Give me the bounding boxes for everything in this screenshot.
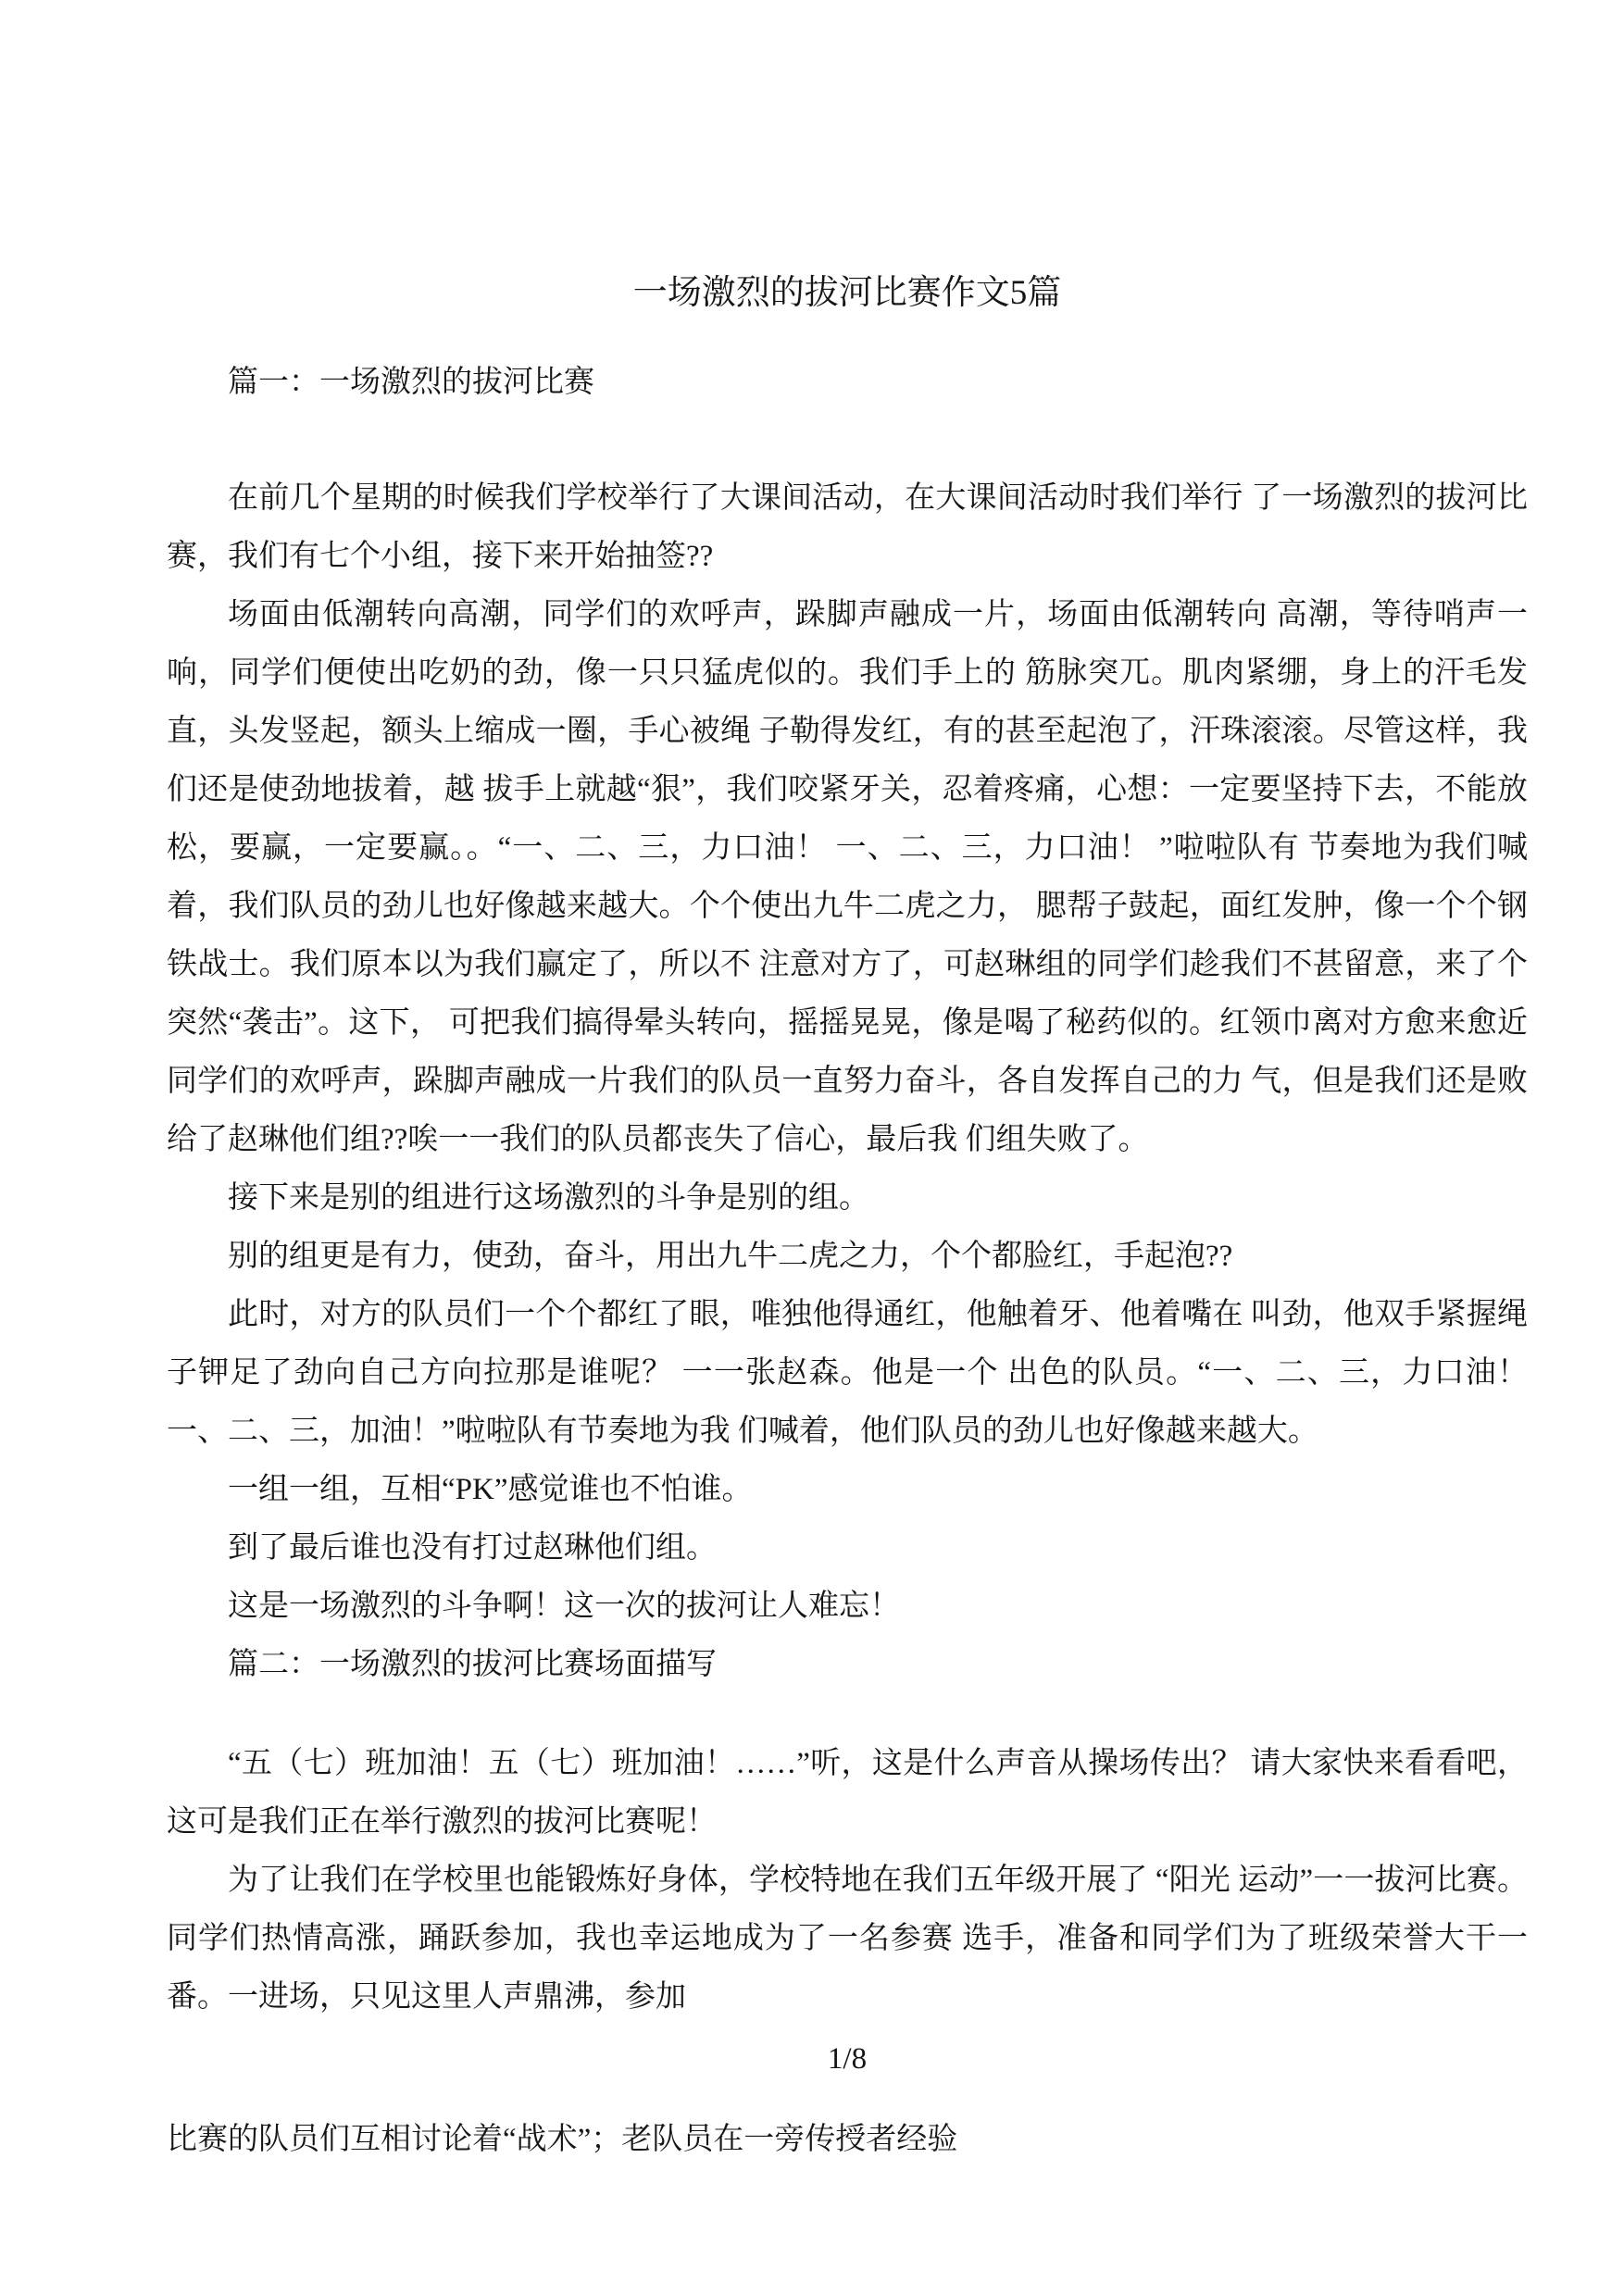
paragraph: 一组一组，互相“PK”感觉谁也不怕谁。 xyxy=(167,1461,1528,1519)
document-content: 一场激烈的拔河比赛作文5篇 篇一：一场激烈的拔河比赛 在前几个星期的时候我们学校… xyxy=(167,0,1528,2169)
paragraph: 此时，对方的队员们一个个都红了眼，唯独他得通红，他触着牙、他着嘴在 叫劲，他双手… xyxy=(167,1286,1528,1461)
section-2-heading: 篇二：一场激烈的拔河比赛场面描写 xyxy=(167,1636,1528,1694)
section-1-heading: 篇一：一场激烈的拔河比赛 xyxy=(167,354,1528,412)
document-page: 一场激烈的拔河比赛作文5篇 篇一：一场激烈的拔河比赛 在前几个星期的时候我们学校… xyxy=(0,0,1624,2295)
paragraph: 这是一场激烈的斗争啊！这一次的拔河让人难忘！ xyxy=(167,1578,1528,1636)
paragraph: 在前几个星期的时候我们学校举行了大课间活动，在大课间活动时我们举行 了一场激烈的… xyxy=(167,469,1528,586)
document-title: 一场激烈的拔河比赛作文5篇 xyxy=(167,264,1528,322)
next-page-first-line: 比赛的队员们互相讨论着“战术”；老队员在一旁传授者经验 xyxy=(167,2111,1528,2169)
paragraph: 场面由低潮转向高潮，同学们的欢呼声，跺脚声融成一片，场面由低潮转向 高潮，等待哨… xyxy=(167,586,1528,1169)
paragraph: 到了最后谁也没有打过赵琳他们组。 xyxy=(167,1519,1528,1578)
page-number: 1/8 xyxy=(167,2030,1528,2089)
paragraph: “五（七）班加油！五（七）班加油！……”听，这是什么声音从操场传出？ 请大家快来… xyxy=(167,1735,1528,1852)
paragraph: 别的组更是有力，使劲，奋斗，用出九牛二虎之力，个个都脸红，手起泡?? xyxy=(167,1228,1528,1286)
paragraph: 接下来是别的组进行这场激烈的斗争是别的组。 xyxy=(167,1169,1528,1228)
paragraph: 为了让我们在学校里也能锻炼好身体，学校特地在我们五年级开展了 “阳光 运动”一一… xyxy=(167,1852,1528,2027)
